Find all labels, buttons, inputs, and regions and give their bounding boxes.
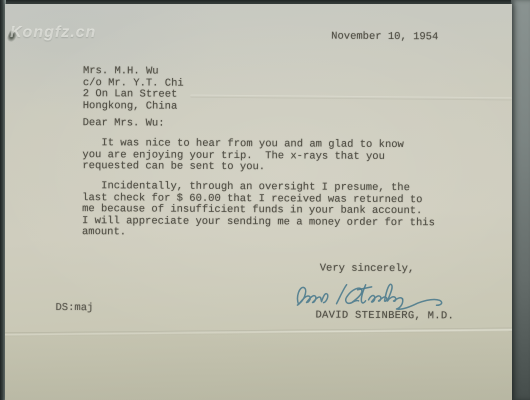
signer-typed-name: DAVID STEINBERG, M.D.: [315, 311, 454, 323]
recipient-address: Mrs. M.H. Wu c/o Mr. Y.T. Chi 2 On Lan S…: [83, 66, 184, 113]
body-paragraph-2: Incidentally, through an oversight I pre…: [82, 181, 435, 241]
letter-content: November 10, 1954 Mrs. M.H. Wu c/o Mr. Y…: [3, 4, 512, 400]
photo-background: Kongfz.cn November 10, 1954 Mrs. M.H. Wu…: [0, 0, 530, 400]
salutation: Dear Mrs. Wu:: [83, 118, 165, 130]
letter-paper: Kongfz.cn November 10, 1954 Mrs. M.H. Wu…: [5, 4, 512, 400]
body-paragraph-1: It was nice to hear from you and am glad…: [82, 138, 404, 174]
date-line: November 10, 1954: [331, 32, 438, 44]
typist-reference: DS:maj: [55, 303, 93, 315]
closing-line: Very sincerely,: [320, 264, 415, 276]
photo-border-right: [511, 0, 530, 400]
